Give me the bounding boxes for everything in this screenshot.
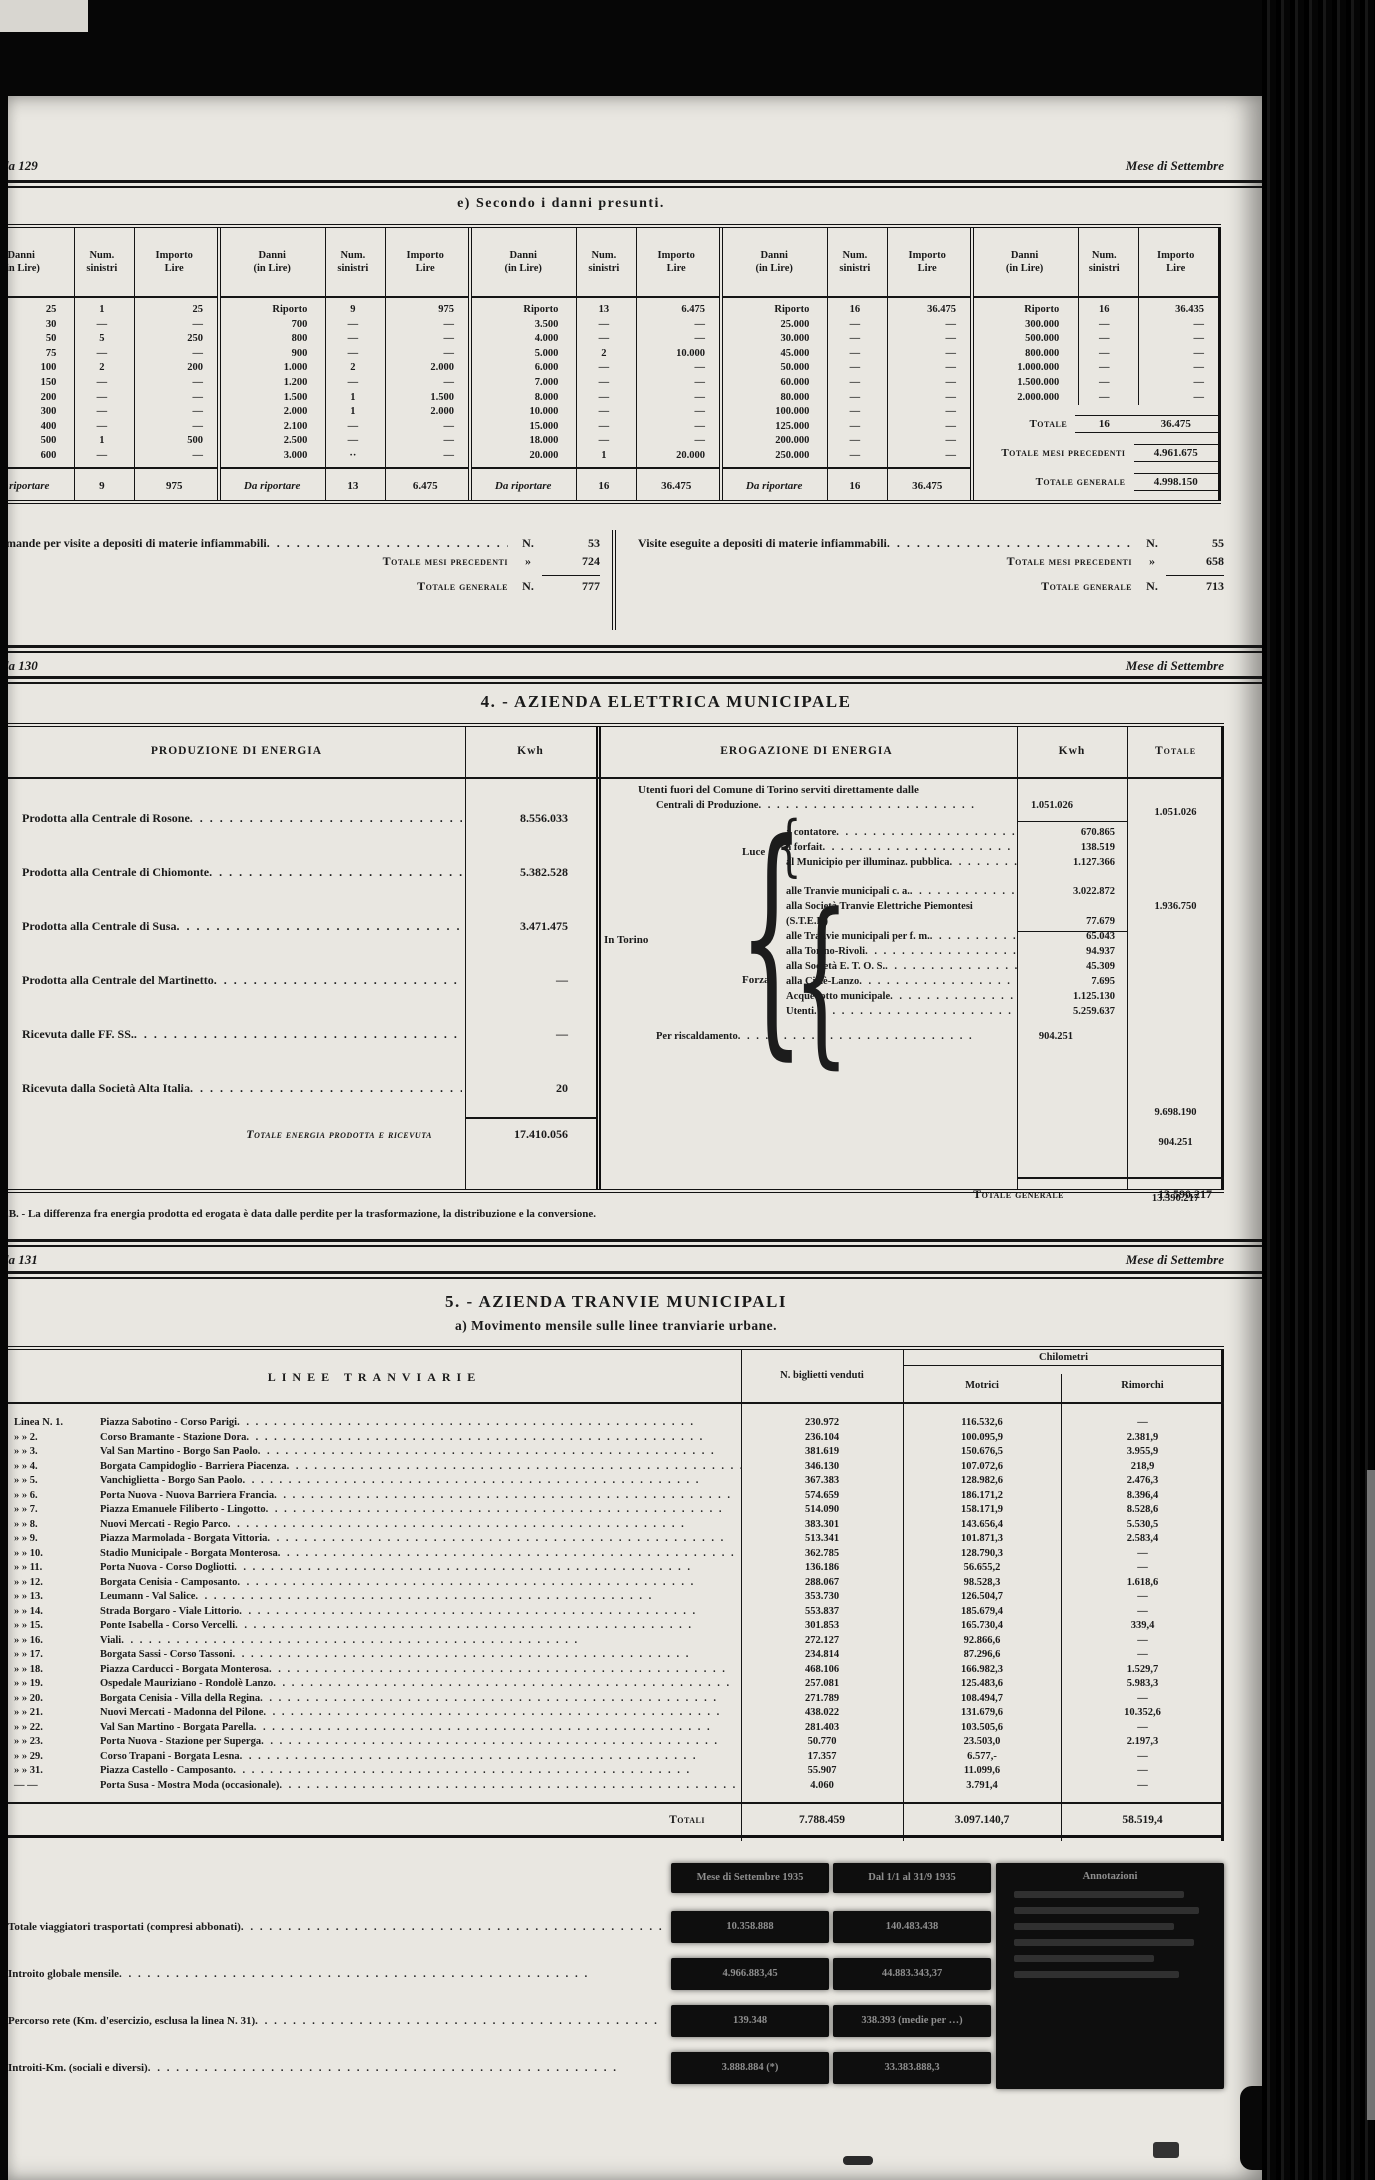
motrici-km: 100.095,9 — [903, 1431, 1061, 1445]
total-label: Totale — [974, 418, 1075, 430]
line-number: » » 31. — [8, 1764, 100, 1778]
line-number: » » 14. — [8, 1605, 100, 1619]
line-number: » » 12. — [8, 1576, 100, 1590]
motrici-km: 158.171,9 — [903, 1503, 1061, 1517]
table-row: 400 — — — [8, 420, 217, 435]
dotted-leader — [239, 1605, 741, 1619]
month-label: Mese di Settembre — [1126, 658, 1224, 674]
rimorchi-km: 5.530,5 — [1061, 1518, 1224, 1532]
tickets-sold: 272.127 — [741, 1634, 903, 1648]
rimorchi-km: — — [1061, 1721, 1224, 1735]
dotted-leader — [266, 1503, 741, 1517]
motrici-km: 125.483,6 — [903, 1677, 1061, 1691]
ytd-column-header: Dal 1/1 al 31/9 1935 — [833, 1863, 991, 1893]
month-label: Mese di Settembre — [1126, 1252, 1224, 1268]
page-number: da 131 — [8, 1252, 38, 1268]
line-name: Borgata Sassi - Corso Tassoni — [100, 1648, 232, 1662]
dotted-leader — [134, 1027, 462, 1042]
tram-line-row: » » 11. Porta Nuova - Corso Dogliotti 13… — [8, 1561, 1224, 1576]
motrici-km: 6.577,- — [903, 1750, 1061, 1764]
tickets-sold: 513.341 — [741, 1532, 903, 1546]
motrici-total: 3.097.140,7 — [903, 1814, 1061, 1826]
carry-over-row: Da riportare 16 36.475 — [723, 467, 970, 503]
table-row: Riporto 16 36.435 — [974, 303, 1218, 318]
table-row: 50 5 250 — [8, 332, 217, 347]
rimorchi-km: — — [1061, 1764, 1224, 1778]
tram-line-row: » » 21. Nuovi Mercati - Madonna del Pilo… — [8, 1706, 1224, 1721]
line-number: » » 11. — [8, 1561, 100, 1575]
dotted-leader — [233, 1764, 741, 1778]
damages-group-3: Danni(in Lire) Num.sinistri ImportoLire … — [468, 228, 719, 500]
tram-line-row: » » 29. Corso Trapani - Borgata Lesna 17… — [8, 1750, 1224, 1765]
tram-header: LINEE TRANVIARIE N. biglietti venduti Ch… — [8, 1350, 1224, 1404]
dotted-leader — [267, 1532, 741, 1546]
dotted-leader — [228, 1518, 741, 1532]
line-name: Corso Bramante - Stazione Dora — [100, 1431, 246, 1445]
rimorchi-km: 5.983,3 — [1061, 1677, 1224, 1691]
motrici-km: 128.790,3 — [903, 1547, 1061, 1561]
rimorchi-km: — — [1061, 1750, 1224, 1764]
line-name: Porta Susa - Mostra Moda (occasionale) — [100, 1779, 279, 1793]
table-row: 100 2 200 — [8, 361, 217, 376]
tram-totals-row: Totali 7.788.459 3.097.140,7 58.519,4 — [8, 1802, 1224, 1838]
dotted-leader — [287, 1460, 741, 1474]
totale-value: 1.051.026 — [1127, 805, 1224, 820]
table-row: 7.000 — — — [472, 376, 719, 391]
column-rule — [74, 228, 75, 500]
kwh-header: Kwh — [1017, 745, 1127, 757]
table-row: 250.000 — — — [723, 449, 970, 464]
tickets-sold: 514.090 — [741, 1503, 903, 1517]
motrici-km: 165.730,4 — [903, 1619, 1061, 1633]
illegible-text — [1014, 1891, 1184, 1898]
visits-requested-block: omande per visite a depositi di materie … — [8, 536, 600, 628]
summary-row: Totale viaggiatori trasportati (compresi… — [8, 1903, 1224, 1950]
damages-totals: Totale 16 36.475 Totale mesi precedenti … — [974, 411, 1218, 495]
rimorchi-km: 8.396,4 — [1061, 1489, 1224, 1503]
line-name: Porta Nuova - Stazione per Superga — [100, 1735, 261, 1749]
line-number: » » 29. — [8, 1750, 100, 1764]
line-number: » » 17. — [8, 1648, 100, 1662]
dotted-leader — [234, 1561, 741, 1575]
table-row: 45.000 — — — [723, 347, 970, 362]
visits-executed-block: Visite eseguite a depositi di materie in… — [638, 536, 1224, 628]
table-row: 4.000 — — — [472, 332, 719, 347]
summary-label: Introito globale mensile — [8, 1968, 119, 1980]
line-number: — — — [8, 1779, 100, 1793]
dotted-leader — [246, 1431, 741, 1445]
electric-table: PRODUZIONE DI ENERGIA Kwh EROGAZIONE DI … — [8, 723, 1224, 1193]
line-number: » » 15. — [8, 1619, 100, 1633]
table-row: 500 1 500 — [8, 434, 217, 449]
forza-row: Utenti 5.259.637 — [786, 1004, 1224, 1019]
table-row: 20.000 1 20.000 — [472, 449, 719, 464]
rimorchi-km: — — [1061, 1561, 1224, 1575]
dotted-leader — [235, 1619, 741, 1633]
damages-group-4: Danni(in Lire) Num.sinistri ImportoLire … — [719, 228, 970, 500]
rimorchi-km: — — [1061, 1547, 1224, 1561]
page-margin-header: da 130 Mese di Settembre — [8, 658, 1224, 674]
line-name: Piazza Emanuele Filiberto - Lingotto — [100, 1503, 266, 1517]
table-row: 150 — — — [8, 376, 217, 391]
sum-rule — [1017, 1177, 1224, 1179]
tram-line-row: Linea N. 1. Piazza Sabotino - Corso Pari… — [8, 1416, 1224, 1431]
line-name: Piazza Carducci - Borgata Monterosa — [100, 1663, 269, 1677]
totale-value: 1.936.750 — [1127, 899, 1224, 914]
dotted-leader — [243, 1474, 741, 1488]
electric-header: PRODUZIONE DI ENERGIA Kwh EROGAZIONE DI … — [8, 727, 1224, 779]
rimorchi-km: 218,9 — [1061, 1460, 1224, 1474]
motrici-km: 101.871,3 — [903, 1532, 1061, 1546]
table-row: 1.000.000 — — — [974, 361, 1218, 376]
electric-title: 4. - AZIENDA ELETTRICA MUNICIPALE — [8, 692, 1224, 712]
table-row: 1.500.000 — — — [974, 376, 1218, 391]
table-row: 1.000 2 2.000 — [221, 361, 468, 376]
damages-rows: Riporto 16 36.475 25.000 — — 30.000 — [723, 298, 970, 464]
table-row: 25 1 25 — [8, 303, 217, 318]
rimorchi-total: 58.519,4 — [1061, 1814, 1224, 1826]
tickets-sold: 271.789 — [741, 1692, 903, 1706]
dotted-leader — [240, 1750, 741, 1764]
tickets-sold: 574.659 — [741, 1489, 903, 1503]
motrici-km: 103.505,6 — [903, 1721, 1061, 1735]
sum-rule — [1166, 575, 1224, 576]
double-rule — [8, 645, 1262, 653]
production-row: Prodotta alla Centrale di Chiomonte 5.38… — [22, 845, 582, 899]
tickets-sold: 553.837 — [741, 1605, 903, 1619]
table-row: 30.000 — — — [723, 332, 970, 347]
rimorchi-km: 2.381,9 — [1061, 1431, 1224, 1445]
motrici-header: Motrici — [903, 1380, 1061, 1391]
table-row: 1.500 1 1.500 — [221, 391, 468, 406]
tram-line-row: » » 18. Piazza Carducci - Borgata Monter… — [8, 1663, 1224, 1678]
tram-line-row: » » 14. Strada Borgaro - Viale Littorio … — [8, 1605, 1224, 1620]
table-row: 100.000 — — — [723, 405, 970, 420]
forza-row: Acquedotto municipale 1.125.130 — [786, 989, 1224, 1004]
motrici-km: 98.528,3 — [903, 1576, 1061, 1590]
visits-requested-count: 53 — [548, 536, 600, 551]
dotted-leader — [121, 1634, 741, 1648]
page-margin-header: da 129 Mese di Settembre — [8, 158, 1224, 174]
scan-blot — [1240, 2086, 1262, 2170]
dotted-leader — [241, 1921, 663, 1933]
table-row: 200 — — — [8, 391, 217, 406]
rimorchi-header: Rimorchi — [1061, 1380, 1224, 1391]
tram-line-row: » » 10. Stadio Municipale - Borgata Mont… — [8, 1547, 1224, 1562]
damages-group-1: Danni(in Lire) Num.sinistri ImportoLire … — [8, 228, 217, 500]
dotted-leader — [260, 1692, 741, 1706]
motrici-km: 23.503,0 — [903, 1735, 1061, 1749]
monthly-summary-table: Mese di Settembre 1935 Dal 1/1 al 31/9 1… — [8, 1861, 1224, 2096]
tickets-sold: 362.785 — [741, 1547, 903, 1561]
table-row: 60.000 — — — [723, 376, 970, 391]
motrici-km: 116.532,6 — [903, 1416, 1061, 1430]
tickets-sold: 257.081 — [741, 1677, 903, 1691]
chilometri-header: Chilometri — [903, 1352, 1224, 1366]
damages-header: Danni(in Lire) Num.sinistri ImportoLire — [8, 228, 217, 298]
table-row: 6.000 — — — [472, 361, 719, 376]
totale-value: 904.251 — [1127, 1135, 1224, 1150]
line-name: Corso Trapani - Borgata Lesna — [100, 1750, 240, 1764]
rimorchi-km: — — [1061, 1416, 1224, 1430]
line-number: » » 7. — [8, 1503, 100, 1517]
forza-row: alla Ciriè-Lanzo 7.695 — [786, 974, 1224, 989]
month-label: Mese di Settembre — [1126, 158, 1224, 174]
line-number: » » 16. — [8, 1634, 100, 1648]
line-number: » » 6. — [8, 1489, 100, 1503]
line-number: » » 19. — [8, 1677, 100, 1691]
dotted-leader — [278, 1547, 741, 1561]
line-name: Viali — [100, 1634, 121, 1648]
tickets-sold: 136.186 — [741, 1561, 903, 1575]
motrici-km: 128.982,6 — [903, 1474, 1061, 1488]
line-name: Stadio Municipale - Borgata Monterosa — [100, 1547, 278, 1561]
tram-table: LINEE TRANVIARIE N. biglietti venduti Ch… — [8, 1346, 1224, 1841]
dotted-leader — [119, 1968, 663, 1980]
table-row: 125.000 — — — [723, 420, 970, 435]
linee-header: LINEE TRANVIARIE — [8, 1370, 741, 1385]
summary-label: Introiti-Km. (sociali e diversi) — [8, 2062, 148, 2074]
line-name: Leumann - Val Salice — [100, 1590, 195, 1604]
table-row: 30 — — — [8, 318, 217, 333]
table-row: 3.000 ·· — — [221, 449, 468, 464]
tram-line-row: » » 8. Nuovi Mercati - Regio Parco 383.3… — [8, 1518, 1224, 1533]
line-number: » » 5. — [8, 1474, 100, 1488]
rimorchi-km: — — [1061, 1605, 1224, 1619]
month-value: 4.966.883,45 — [671, 1958, 829, 1990]
line-name: Piazza Marmolada - Borgata Vittoria — [100, 1532, 267, 1546]
tram-line-row: » » 20. Borgata Cenisia - Villa della Re… — [8, 1692, 1224, 1707]
grand-total-value: 13.590.217 — [1127, 1191, 1224, 1206]
dotted-leader — [190, 811, 462, 826]
line-name: Val San Martino - Borgata Parella — [100, 1721, 254, 1735]
line-number: » » 4. — [8, 1460, 100, 1474]
table-row: 500.000 — — — [974, 332, 1218, 347]
rimorchi-km: 339,4 — [1061, 1619, 1224, 1633]
line-name: Borgata Cenisia - Villa della Regina — [100, 1692, 260, 1706]
tram-line-row: » » 23. Porta Nuova - Stazione per Super… — [8, 1735, 1224, 1750]
grand-total-label: Totale generale — [974, 476, 1134, 488]
line-name: Porta Nuova - Nuova Barriera Francia — [100, 1489, 274, 1503]
table-row: 300 — — — [8, 405, 217, 420]
summary-rows: Totale viaggiatori trasportati (compresi… — [8, 1903, 1224, 2091]
dotted-leader — [195, 1590, 741, 1604]
table-row: 300.000 — — — [974, 318, 1218, 333]
line-name: Borgata Campidoglio - Barriera Piacenza — [100, 1460, 287, 1474]
column-rule — [134, 228, 135, 500]
line-name: Nuovi Mercati - Madonna del Pilone — [100, 1706, 263, 1720]
tickets-sold: 17.357 — [741, 1750, 903, 1764]
small-brace: { — [776, 813, 801, 879]
dotted-leader — [267, 536, 508, 551]
totale-value: 9.698.190 — [1127, 1105, 1224, 1120]
production-total-row: Totale energia prodotta e ricevuta 17.41… — [22, 1127, 582, 1142]
dotted-leader — [176, 919, 462, 934]
tram-line-row: » » 3. Val San Martino - Borgo San Paolo… — [8, 1445, 1224, 1460]
rimorchi-km: 2.583,4 — [1061, 1532, 1224, 1546]
tickets-sold: 353.730 — [741, 1590, 903, 1604]
line-name: Nuovi Mercati - Regio Parco — [100, 1518, 228, 1532]
rimorchi-km: 2.476,3 — [1061, 1474, 1224, 1488]
motrici-km: 56.655,2 — [903, 1561, 1061, 1575]
line-name: Ospedale Mauriziano - Rondolè Lanzo — [100, 1677, 273, 1691]
scanned-page: da 129 Mese di Settembre e) Secondo i da… — [0, 0, 1375, 2180]
motrici-km: 150.676,5 — [903, 1445, 1061, 1459]
damages-group-5: Danni(in Lire) Num.sinistri ImportoLire … — [970, 228, 1221, 500]
tram-line-row: » » 9. Piazza Marmolada - Borgata Vittor… — [8, 1532, 1224, 1547]
line-number: » » 3. — [8, 1445, 100, 1459]
dotted-leader — [214, 973, 462, 988]
motrici-km: 131.679,6 — [903, 1706, 1061, 1720]
carry-over-row: Da riportare 9 975 — [8, 467, 217, 503]
tickets-sold: 4.060 — [741, 1779, 903, 1793]
line-name: Borgata Cenisia - Camposanto — [100, 1576, 237, 1590]
scan-blot — [843, 2156, 873, 2165]
erogazione-header: EROGAZIONE DI ENERGIA — [596, 745, 1017, 757]
page-number: da 129 — [8, 158, 38, 174]
ytd-value: 33.383.888,3 — [833, 2052, 991, 2084]
damages-rows: Riporto 13 6.475 3.500 — — 4.000 — [472, 298, 719, 464]
table-row: 200.000 — — — [723, 434, 970, 449]
line-number: » » 18. — [8, 1663, 100, 1677]
table-row: 2.000 1 2.000 — [221, 405, 468, 420]
motrici-km: 107.072,6 — [903, 1460, 1061, 1474]
rimorchi-km: 3.955,9 — [1061, 1445, 1224, 1459]
tickets-sold: 301.853 — [741, 1619, 903, 1633]
tram-line-row: » » 7. Piazza Emanuele Filiberto - Lingo… — [8, 1503, 1224, 1518]
line-number: » » 9. — [8, 1532, 100, 1546]
table-row: 80.000 — — — [723, 391, 970, 406]
table-row: 18.000 — — — [472, 434, 719, 449]
line-name: Piazza Sabotino - Corso Parigi — [100, 1416, 237, 1430]
page-number: da 130 — [8, 658, 38, 674]
line-number: » » 8. — [8, 1518, 100, 1532]
dotted-leader — [255, 2015, 663, 2027]
table-row: 15.000 — — — [472, 420, 719, 435]
tram-line-row: » » 5. Vanchiglietta - Borgo San Paolo 3… — [8, 1474, 1224, 1489]
dotted-leader — [254, 1721, 741, 1735]
tram-line-row: » » 22. Val San Martino - Borgata Parell… — [8, 1721, 1224, 1736]
rimorchi-km: — — [1061, 1692, 1224, 1706]
tickets-sold: 55.907 — [741, 1764, 903, 1778]
luce-row: a contatore 670.865 — [786, 825, 1224, 840]
rimorchi-km: — — [1061, 1634, 1224, 1648]
tram-line-row: — — Porta Susa - Mostra Moda (occasional… — [8, 1779, 1224, 1794]
line-number: » » 10. — [8, 1547, 100, 1561]
luce-row: al Municipio per illuminaz. pubblica 1.1… — [786, 855, 1224, 870]
tram-line-row: » » 6. Porta Nuova - Nuova Barriera Fran… — [8, 1489, 1224, 1504]
ytd-value: 338.393 (medie per …) — [833, 2005, 991, 2037]
tickets-sold: 438.022 — [741, 1706, 903, 1720]
double-rule — [8, 180, 1262, 188]
table-row: 2.100 — — — [221, 420, 468, 435]
dotted-leader — [190, 1081, 462, 1096]
month-column-header: Mese di Settembre 1935 — [671, 1863, 829, 1893]
tickets-sold: 50.770 — [741, 1735, 903, 1749]
line-number: Linea N. 1. — [8, 1416, 100, 1430]
dotted-leader — [263, 1706, 741, 1720]
production-row: Prodotta alla Centrale del Martinetto — — [22, 953, 582, 1007]
table-row: 8.000 — — — [472, 391, 719, 406]
electric-footnote: N.B. - La differenza fra energia prodott… — [8, 1208, 1238, 1220]
tickets-sold: 288.067 — [741, 1576, 903, 1590]
double-rule — [8, 676, 1262, 684]
damages-rows: 25 1 25 30 — — 50 5 — [8, 298, 217, 464]
motrici-km: 92.866,6 — [903, 1634, 1061, 1648]
forza-row: alle Tranvie municipali c. a. 3.022.872 — [786, 884, 1224, 899]
motrici-km: 186.171,2 — [903, 1489, 1061, 1503]
production-total-value: 17.410.056 — [462, 1127, 582, 1142]
motrici-km: 143.656,4 — [903, 1518, 1061, 1532]
produzione-header: PRODUZIONE DI ENERGIA — [8, 745, 465, 757]
tram-line-row: » » 2. Corso Bramante - Stazione Dora 23… — [8, 1431, 1224, 1446]
dotted-leader — [237, 1576, 741, 1590]
damages-rows: Riporto 9 975 700 — — 800 — — [221, 298, 468, 464]
dotted-leader — [237, 1416, 741, 1430]
rimorchi-km: 8.528,6 — [1061, 1503, 1224, 1517]
summary-row: Introiti-Km. (sociali e diversi) 3.888.8… — [8, 2044, 1224, 2091]
tickets-sold: 346.130 — [741, 1460, 903, 1474]
tram-rows: Linea N. 1. Piazza Sabotino - Corso Pari… — [8, 1416, 1224, 1793]
table-row: 1.200 — — — [221, 376, 468, 391]
damages-group-2: Danni(in Lire) Num.sinistri ImportoLire … — [217, 228, 468, 500]
carry-over-row: Da riportare 13 6.475 — [221, 467, 468, 503]
forza-label: Forza — [742, 973, 769, 988]
damages-table: Danni(in Lire) Num.sinistri ImportoLire … — [8, 224, 1221, 504]
tickets-sold: 236.104 — [741, 1431, 903, 1445]
tram-line-row: » » 4. Borgata Campidoglio - Barriera Pi… — [8, 1460, 1224, 1475]
distribution-rows: Utenti fuori del Comune di Torino servit… — [596, 783, 1224, 1195]
summary-label: Totale viaggiatori trasportati (compresi… — [8, 1921, 241, 1933]
previous-months-label: Totale mesi precedenti — [974, 447, 1134, 459]
table-row: 600 — — — [8, 449, 217, 464]
summary-row: Percorso rete (Km. d'esercizio, esclusa … — [8, 1997, 1224, 2044]
motrici-km: 166.982,3 — [903, 1663, 1061, 1677]
luce-rows: a contatore 670.865 à forfait 138.519 al… — [786, 825, 1224, 870]
motrici-km: 87.296,6 — [903, 1648, 1061, 1662]
table-row: 75 — — — [8, 347, 217, 362]
double-rule — [8, 1239, 1262, 1247]
luce-row: à forfait 138.519 — [786, 840, 1224, 855]
line-name: Val San Martino - Borgo San Paolo — [100, 1445, 258, 1459]
tram-line-row: » » 13. Leumann - Val Salice 353.730 126… — [8, 1590, 1224, 1605]
dotted-leader — [273, 1677, 741, 1691]
line-name: Strada Borgaro - Viale Littorio — [100, 1605, 239, 1619]
month-value: 139.348 — [671, 2005, 829, 2037]
tram-line-row: » » 16. Viali 272.127 92.866,6 — — [8, 1634, 1224, 1649]
ytd-value: 140.483.438 — [833, 1911, 991, 1943]
table-row: Riporto 9 975 — [221, 303, 468, 318]
visits-executed-count: 55 — [1172, 536, 1224, 551]
table-row: 5.000 2 10.000 — [472, 347, 719, 362]
line-number: » » 20. — [8, 1692, 100, 1706]
table-row: 700 — — — [221, 318, 468, 333]
visits-requested-total: 777 — [548, 579, 600, 594]
production-row: Prodotta alla Centrale di Susa 3.471.475 — [22, 899, 582, 953]
totale-header: Totale — [1127, 745, 1224, 757]
tickets-sold: 234.814 — [741, 1648, 903, 1662]
month-value: 3.888.884 (*) — [671, 2052, 829, 2084]
forza-row: alle Tranvie municipali per f. m. 65.043 — [786, 929, 1224, 944]
tickets-total: 7.788.459 — [741, 1814, 903, 1826]
ytd-value: 44.883.343,37 — [833, 1958, 991, 1990]
production-row: Ricevuta dalle FF. SS. — — [22, 1007, 582, 1061]
month-value: 10.358.888 — [671, 1911, 829, 1943]
tickets-sold: 468.106 — [741, 1663, 903, 1677]
book-spine — [1262, 0, 1375, 2180]
sum-rule — [465, 1117, 596, 1119]
dotted-leader — [269, 1663, 741, 1677]
